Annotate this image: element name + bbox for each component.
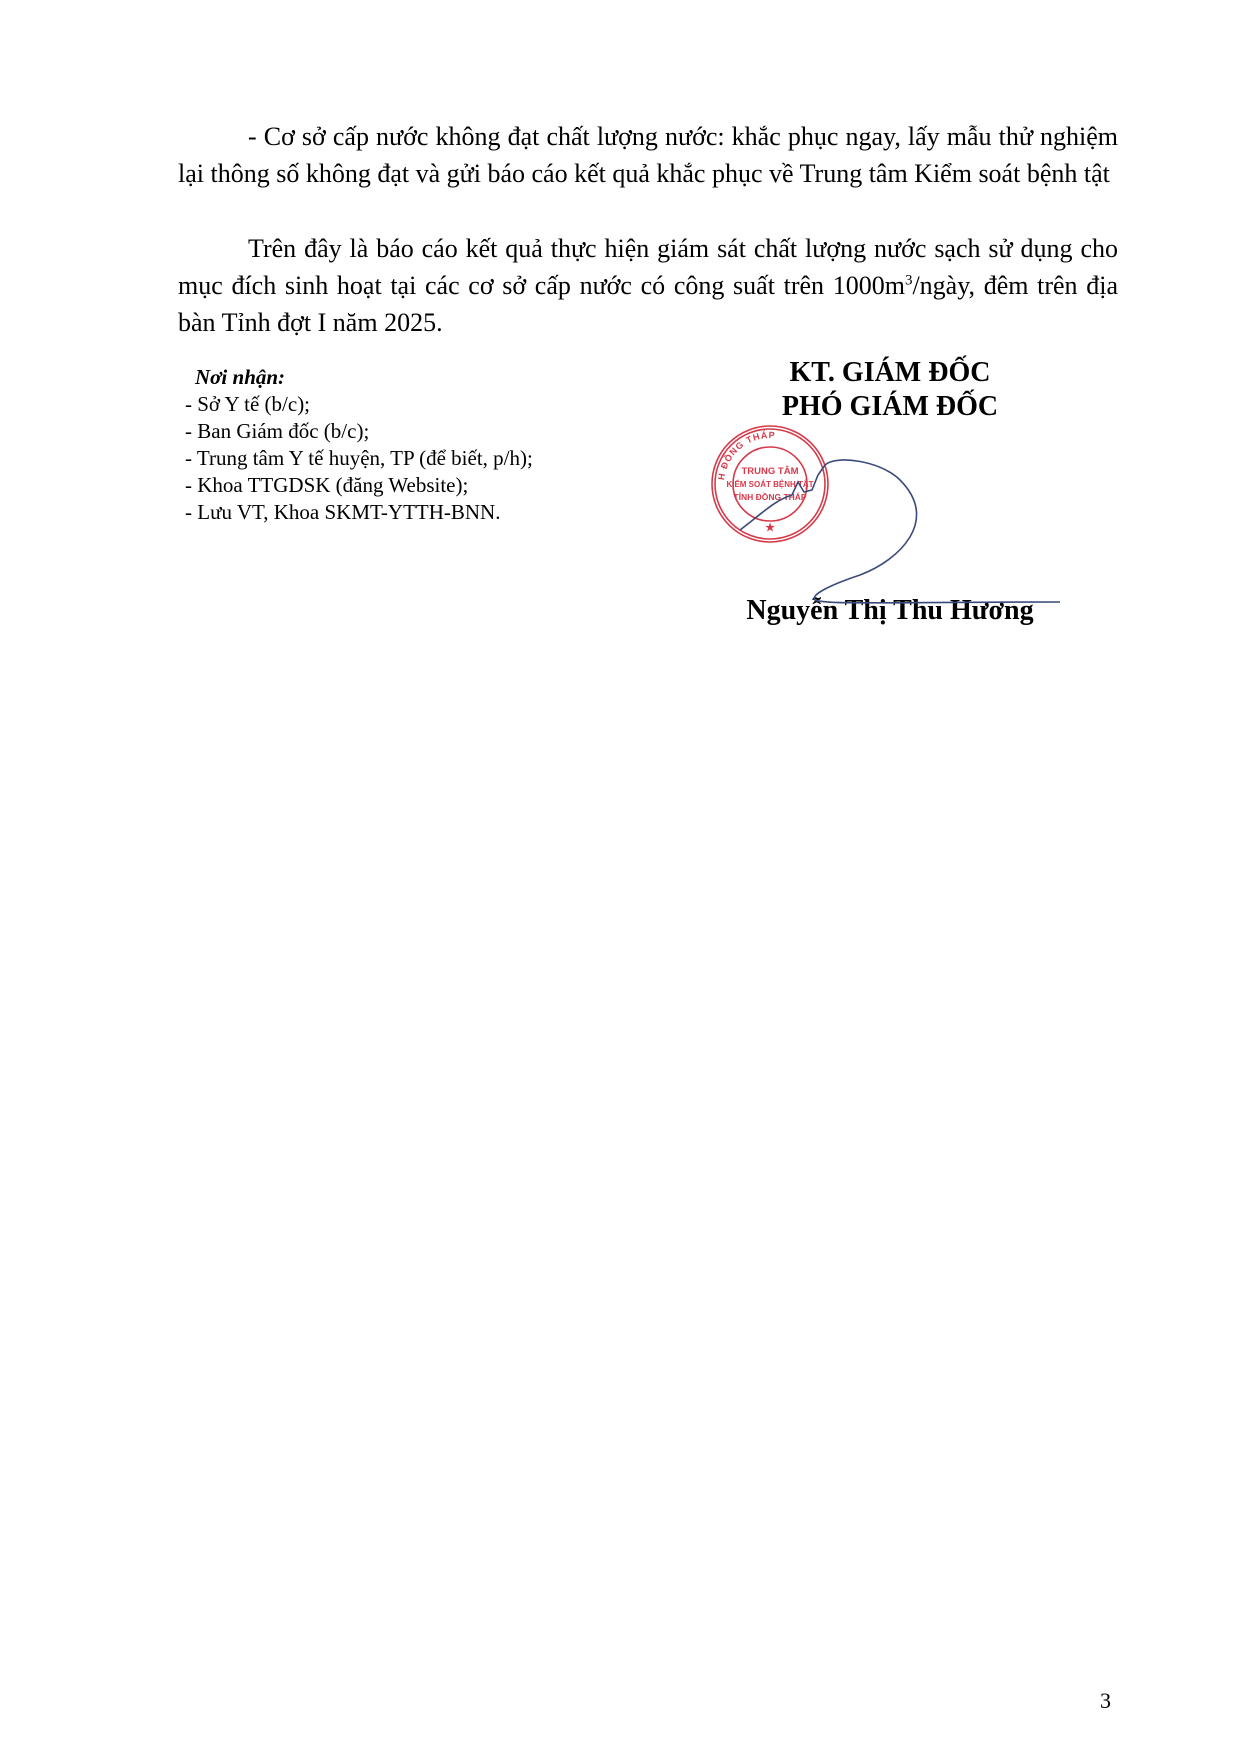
recipient-item: - Sở Y tế (b/c);: [185, 391, 533, 418]
recipient-item: - Khoa TTGDSK (đăng Website);: [185, 472, 533, 499]
paragraph-text: - Cơ sở cấp nước không đạt chất lượng nư…: [178, 122, 1118, 188]
recipients-list: - Sở Y tế (b/c); - Ban Giám đốc (b/c); -…: [185, 391, 533, 526]
recipient-item: - Lưu VT, Khoa SKMT-YTTH-BNN.: [185, 499, 533, 526]
page-number: 3: [1100, 1688, 1111, 1714]
recipient-item: - Ban Giám đốc (b/c);: [185, 418, 533, 445]
recipients-block: Nơi nhận: - Sở Y tế (b/c); - Ban Giám đố…: [185, 364, 533, 526]
paragraph-remediation: - Cơ sở cấp nước không đạt chất lượng nư…: [178, 118, 1118, 192]
signer-title-line-2: PHÓ GIÁM ĐỐC: [720, 390, 1060, 424]
signer-title-line-1: KT. GIÁM ĐỐC: [720, 356, 1060, 390]
recipient-item: - Trung tâm Y tế huyện, TP (để biết, p/h…: [185, 445, 533, 472]
signature-icon: [700, 420, 1060, 610]
recipients-title: Nơi nhận:: [195, 364, 533, 391]
paragraph-conclusion: Trên đây là báo cáo kết quả thực hiện gi…: [178, 230, 1118, 341]
signer-block: KT. GIÁM ĐỐC PHÓ GIÁM ĐỐC Nguyễn Thị Thu…: [720, 356, 1060, 424]
